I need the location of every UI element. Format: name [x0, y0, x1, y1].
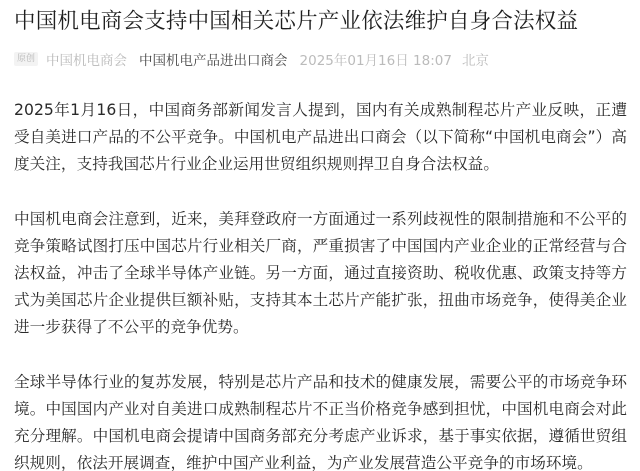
- article: 中国机电商会支持中国相关芯片产业依法维护自身合法权益 原创 中国机电商会 中国机…: [0, 0, 640, 471]
- paragraph-3: 全球半导体行业的复苏发展，特别是芯片产品和技术的健康发展，需要公平的市场竞争环境…: [14, 369, 627, 471]
- article-meta: 原创 中国机电商会 中国机电产品进出口商会 2025年01月16日 18:07 …: [14, 48, 627, 70]
- publish-location: 北京: [462, 49, 489, 69]
- source-name-link[interactable]: 中国机电产品进出口商会: [139, 49, 288, 69]
- article-body: 2025年1月16日，中国商务部新闻发言人提到，国内有关成熟制程芯片产业反映，正…: [14, 97, 627, 471]
- account-name-link[interactable]: 中国机电商会: [46, 49, 127, 69]
- publish-time: 2025年01月16日 18:07: [300, 49, 452, 69]
- paragraph-1: 2025年1月16日，中国商务部新闻发言人提到，国内有关成熟制程芯片产业反映，正…: [14, 97, 627, 179]
- paragraph-2: 中国机电商会注意到，近来，美拜登政府一方面通过一系列歧视性的限制措施和不公平的竞…: [14, 206, 627, 342]
- original-badge: 原创: [14, 52, 38, 66]
- article-title: 中国机电商会支持中国相关芯片产业依法维护自身合法权益: [14, 0, 627, 37]
